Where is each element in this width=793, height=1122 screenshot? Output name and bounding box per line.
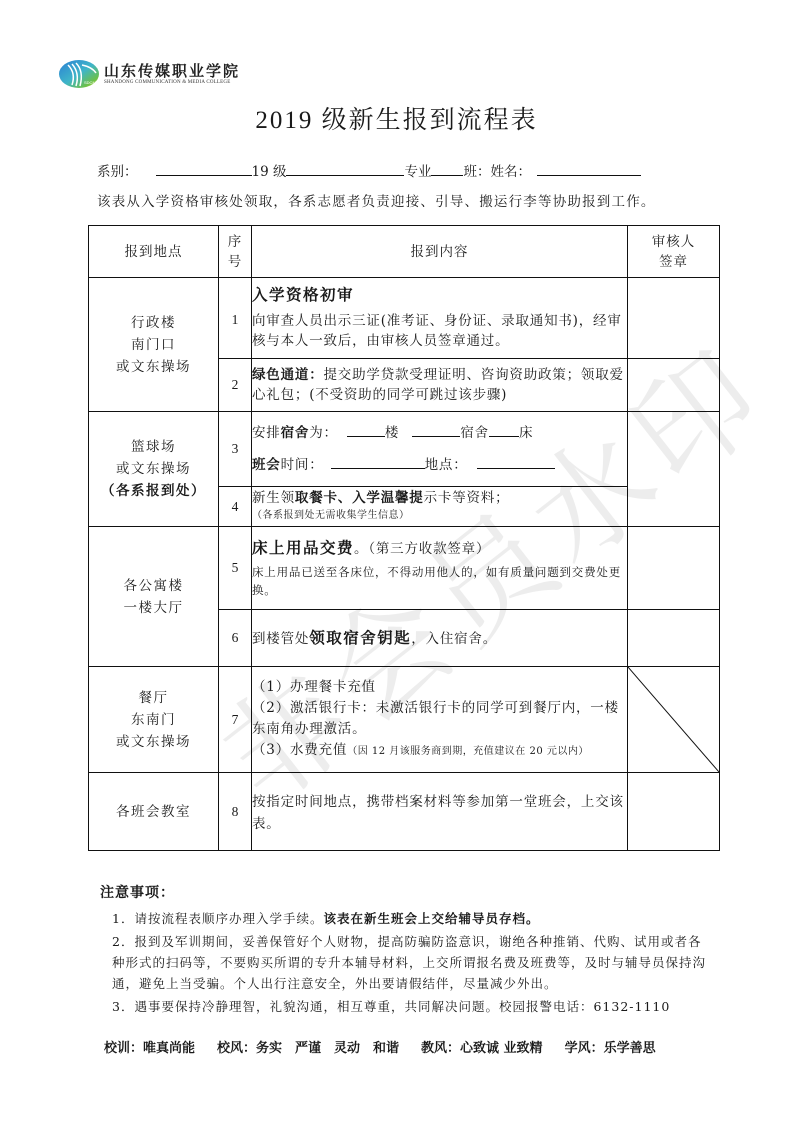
step-content: 绿色通道：提交助学贷款受理证明、咨询资助政策；领取爱心礼包；(不受资助的同学可跳… bbox=[252, 359, 628, 412]
header-location: 报到地点 bbox=[89, 226, 219, 278]
student-info-line: 系别： 19 级 专业 班：姓名： bbox=[97, 160, 641, 180]
header-content: 报到内容 bbox=[252, 226, 628, 278]
table-header-row: 报到地点 序号 报到内容 审核人签章 bbox=[89, 226, 720, 278]
signature-cell-crossed bbox=[628, 667, 720, 773]
seq-number: 3 bbox=[219, 412, 252, 487]
signature-cell[interactable] bbox=[628, 359, 720, 412]
seq-number: 7 bbox=[219, 667, 252, 773]
class-meeting-time-field[interactable] bbox=[331, 454, 425, 469]
class-meeting-place-field[interactable] bbox=[477, 454, 555, 469]
step-content: 安排宿舍为： 楼 宿舍床 班会时间： 地点： bbox=[252, 412, 628, 487]
signature-cell[interactable] bbox=[628, 610, 720, 667]
notes-section: 注意事项： 1．请按流程表顺序办理入学手续。该表在新生班会上交给辅导员存档。 2… bbox=[100, 882, 710, 1019]
logo-emblem-icon: SDCMC bbox=[58, 59, 100, 89]
bed-field[interactable] bbox=[489, 422, 519, 437]
seq-number: 1 bbox=[219, 278, 252, 359]
header-seq: 序号 bbox=[219, 226, 252, 278]
seq-number: 8 bbox=[219, 773, 252, 851]
step-title: 入学资格初审 bbox=[252, 285, 627, 305]
logo-english-name: SHANDONG COMMUNICATION & MEDIA COLLEGE bbox=[104, 79, 240, 86]
step-content: 床上用品交费。（第三方收款签章） 床上用品已送至各床位，不得动用他人的，如有质量… bbox=[252, 527, 628, 610]
location-admin-building: 行政楼 南门口 或文东操场 bbox=[89, 278, 219, 412]
motto-style: 校风：务实 严谨 灵动 和谐 bbox=[217, 1037, 399, 1056]
seq-number: 2 bbox=[219, 359, 252, 412]
dorm-building-field[interactable] bbox=[347, 422, 385, 437]
table-row: 各公寓楼 一楼大厅 5 床上用品交费。（第三方收款签章） 床上用品已送至各床位，… bbox=[89, 527, 720, 610]
class-name-label: 班：姓名： bbox=[463, 160, 531, 180]
step-content: 新生领取餐卡、入学温馨提示卡等资料； （各系报到处无需收集学生信息） bbox=[252, 487, 628, 527]
class-field[interactable] bbox=[431, 161, 463, 176]
note-item: 2．报到及军训期间，妥善保管好个人财物，提高防骗防盗意识，谢绝各种推销、代购、试… bbox=[112, 931, 710, 994]
table-row: 各班会教室 8 按指定时间地点，携带档案材料等参加第一堂班会，上交该表。 bbox=[89, 773, 720, 851]
page-title: 2019 级新生报到流程表 bbox=[0, 100, 793, 136]
major-label: 专业 bbox=[404, 160, 431, 180]
signature-cell[interactable] bbox=[628, 412, 720, 527]
dept-label: 系别： bbox=[97, 160, 138, 180]
step-content: 入学资格初审 向审查人员出示三证(准考证、身份证、录取通知书)，经审核与本人一致… bbox=[252, 278, 628, 359]
seq-number: 4 bbox=[219, 487, 252, 527]
seq-number: 5 bbox=[219, 527, 252, 610]
college-logo: SDCMC 山东传媒职业学院 SHANDONG COMMUNICATION & … bbox=[58, 58, 258, 90]
table-row: 行政楼 南门口 或文东操场 1 入学资格初审 向审查人员出示三证(准考证、身份证… bbox=[89, 278, 720, 359]
logo-chinese-name: 山东传媒职业学院 bbox=[104, 63, 240, 79]
location-classroom: 各班会教室 bbox=[89, 773, 219, 851]
note-item: 1．请按流程表顺序办理入学手续。该表在新生班会上交给辅导员存档。 bbox=[112, 908, 710, 929]
dept-field[interactable] bbox=[156, 161, 252, 176]
college-motto-line: 校训：唯真尚能 校风：务实 严谨 灵动 和谐 教风：心致诚 业致精 学风：乐学善… bbox=[104, 1037, 678, 1056]
dorm-room-field[interactable] bbox=[412, 422, 460, 437]
table-row: 篮球场 或文东操场 （各系报到处） 3 安排宿舍为： 楼 宿舍床 班会时间： 地… bbox=[89, 412, 720, 487]
location-canteen: 餐厅 东南门 或文东操场 bbox=[89, 667, 219, 773]
step-content: 到楼管处领取宿舍钥匙，入住宿舍。 bbox=[252, 610, 628, 667]
registration-flow-table: 报到地点 序号 报到内容 审核人签章 行政楼 南门口 或文东操场 1 入学资格初… bbox=[88, 225, 720, 851]
motto-school: 校训：唯真尚能 bbox=[104, 1037, 195, 1056]
seq-number: 6 bbox=[219, 610, 252, 667]
diagonal-slash-icon bbox=[628, 667, 719, 772]
step-content: 按指定时间地点，携带档案材料等参加第一堂班会，上交该表。 bbox=[252, 773, 628, 851]
major-field[interactable] bbox=[286, 161, 404, 176]
motto-teaching: 教风：心致诚 业致精 bbox=[421, 1037, 543, 1056]
signature-cell[interactable] bbox=[628, 773, 720, 851]
step-content: （1）办理餐卡充值 （2）激活银行卡：未激活银行卡的同学可到餐厅内，一楼东南角办… bbox=[252, 667, 628, 773]
grade-label: 19 级 bbox=[252, 160, 287, 180]
table-row: 餐厅 东南门 或文东操场 7 （1）办理餐卡充值 （2）激活银行卡：未激活银行卡… bbox=[89, 667, 720, 773]
note-item: 3．遇事要保持冷静理智，礼貌沟通，相互尊重，共同解决问题。校园报警电话：6132… bbox=[112, 996, 710, 1017]
notes-title: 注意事项： bbox=[100, 882, 710, 902]
svg-text:SDCMC: SDCMC bbox=[84, 80, 99, 85]
intro-text: 该表从入学资格审核处领取，各系志愿者负责迎接、引导、搬运行李等协助报到工作。 bbox=[97, 190, 656, 210]
location-basketball-court: 篮球场 或文东操场 （各系报到处） bbox=[89, 412, 219, 527]
motto-learning: 学风：乐学善思 bbox=[565, 1037, 656, 1056]
signature-cell[interactable] bbox=[628, 527, 720, 610]
name-field[interactable] bbox=[537, 161, 641, 176]
signature-cell[interactable] bbox=[628, 278, 720, 359]
header-sign: 审核人签章 bbox=[628, 226, 720, 278]
location-apartment-lobby: 各公寓楼 一楼大厅 bbox=[89, 527, 219, 667]
